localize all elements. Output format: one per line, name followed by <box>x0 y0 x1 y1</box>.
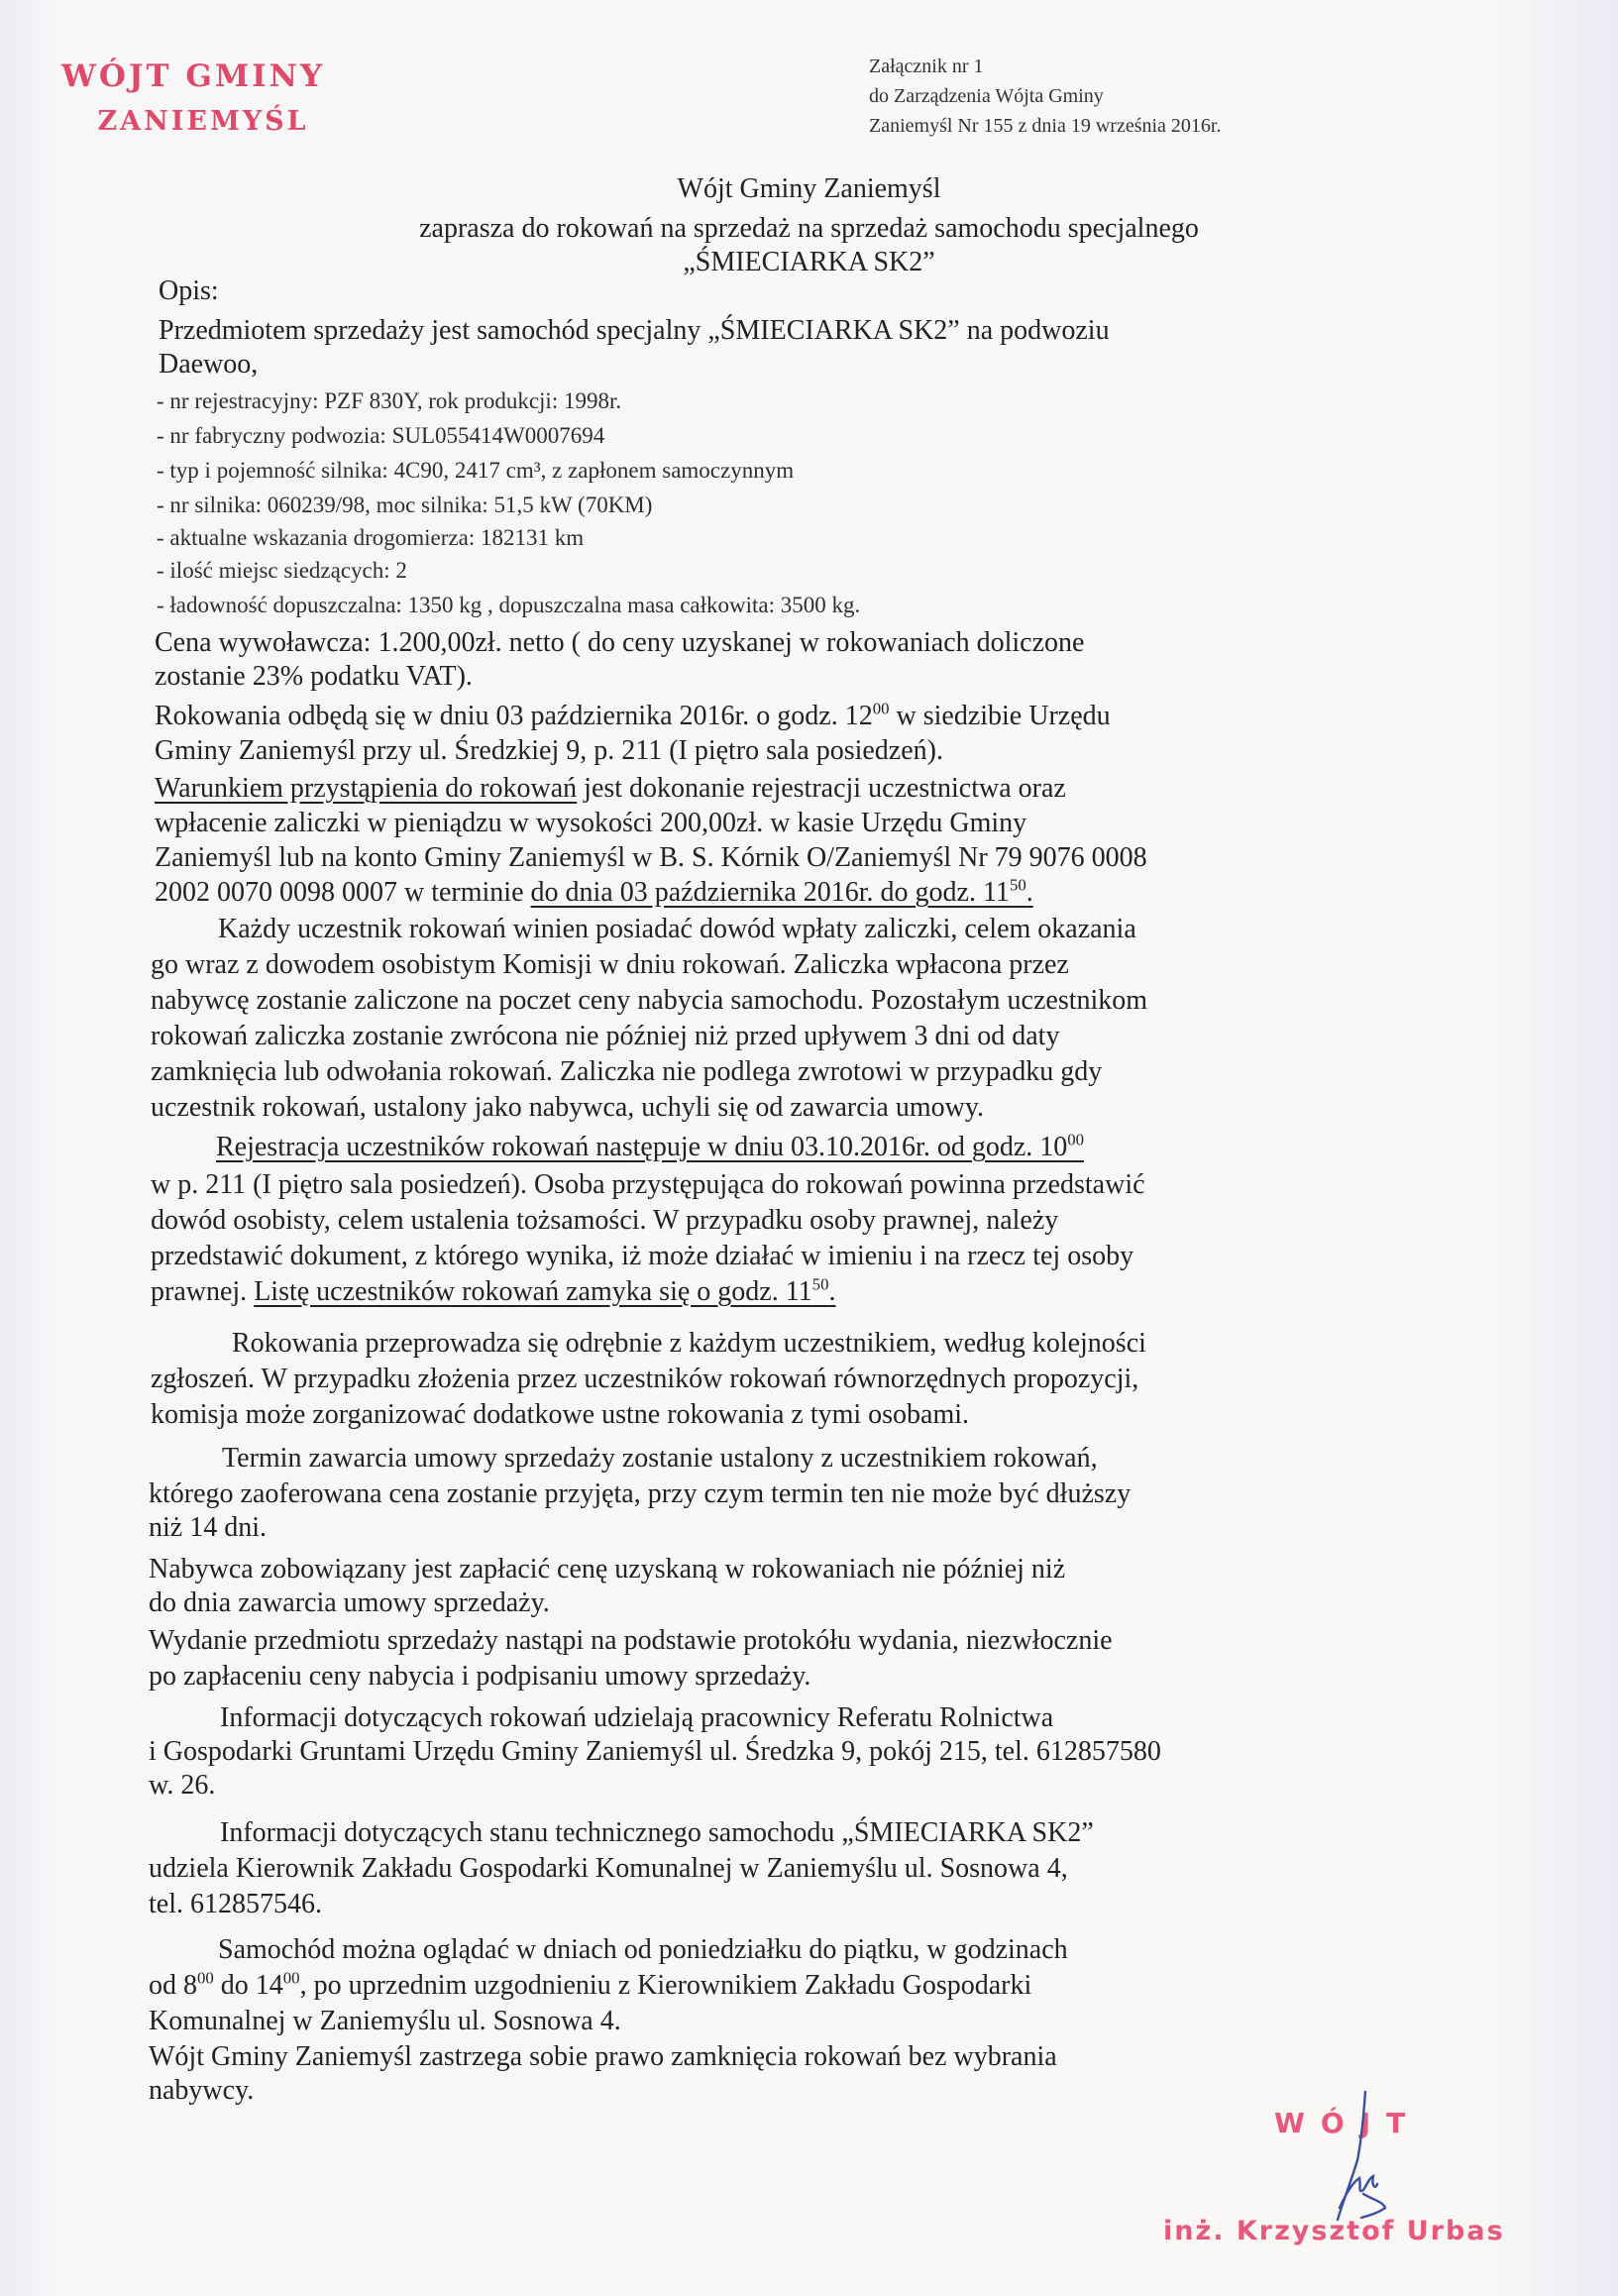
description-intro-2: Daewoo, <box>159 349 258 381</box>
document-page: WÓJT GMINY ZANIEMYŚL Załącznik nr 1 do Z… <box>0 0 1618 2296</box>
viewing-line-1: Samochód można oglądać w dniach od ponie… <box>218 1934 1068 1966</box>
spec-item: - ładowność dopuszczalna: 1350 kg , dopu… <box>157 593 860 618</box>
spec-item: - typ i pojemność silnika: 4C90, 2417 cm… <box>157 458 794 484</box>
info-line: Informacji dotyczących rokowań udzielają… <box>220 1702 1053 1734</box>
viewing-text: do 14 <box>214 1970 283 2001</box>
deposit-line: nabywcę zostanie zaliczone na poczet cen… <box>151 985 1147 1017</box>
tech-info-line: udziela Kierownik Zakładu Gospodarki Kom… <box>149 1853 1068 1885</box>
price-line-2: zostanie 23% podatku VAT). <box>155 661 473 693</box>
time-superscript: 50 <box>812 1275 829 1294</box>
title-invitation: zaprasza do rokowań na sprzedaż na sprze… <box>0 210 1618 248</box>
registration-line-1: Rejestracja uczestników rokowań następuj… <box>216 1132 1084 1163</box>
conduct-line: zgłoszeń. W przypadku złożenia przez ucz… <box>151 1364 1138 1395</box>
deposit-line: zamknięcia lub odwołania rokowań. Zalicz… <box>151 1056 1102 1088</box>
spec-item: - nr rejestracyjny: PZF 830Y, rok produk… <box>157 388 621 414</box>
deadline-text: do dnia 03 października 2016r. do godz. … <box>531 877 1010 908</box>
deposit-line: rokowań zaliczka zostanie zwrócona nie p… <box>151 1021 1059 1052</box>
info-line: w. 26. <box>149 1770 215 1802</box>
handover-line: Wydanie przedmiotu sprzedaży nastąpi na … <box>149 1625 1113 1657</box>
negotiation-line-2: Gminy Zaniemyśl przy ul. Średzkiej 9, p.… <box>155 735 943 767</box>
time-superscript: 00 <box>283 1969 300 1988</box>
condition-line-4: 2002 0070 0098 0007 w terminie do dnia 0… <box>155 877 1033 909</box>
reservation-line-2: nabywcy. <box>149 2075 254 2107</box>
list-close-underlined: Listę uczestników rokowań zamyka się o g… <box>254 1276 835 1307</box>
tech-info-line: tel. 612857546. <box>149 1889 322 1920</box>
tech-info-line: Informacji dotyczących stanu techniczneg… <box>220 1817 1094 1849</box>
description-heading: Opis: <box>159 275 219 307</box>
spec-item: - ilość miejsc siedzących: 2 <box>157 558 407 584</box>
time-superscript: 00 <box>197 1969 214 1988</box>
registration-line: w p. 211 (I piętro sala posiedzeń). Osob… <box>151 1169 1145 1201</box>
viewing-text: od 8 <box>149 1970 197 2001</box>
registration-line: przedstawić dokument, z którego wynika, … <box>151 1241 1133 1272</box>
buyer-line: do dnia zawarcia umowy sprzedaży. <box>149 1587 550 1619</box>
registration-line-last: prawnej. Listę uczestników rokowań zamyk… <box>151 1276 835 1308</box>
handover-line: po zapłaceniu ceny nabycia i podpisaniu … <box>149 1661 810 1693</box>
registration-text: prawnej. <box>151 1276 254 1307</box>
deposit-line: uczestnik rokowań, ustalony jako nabywca… <box>151 1092 984 1124</box>
registration-text: Rejestracja uczestników rokowań następuj… <box>216 1132 1067 1162</box>
list-close-end: . <box>828 1276 835 1307</box>
price-line-1: Cena wywoławcza: 1.200,00zł. netto ( do … <box>155 627 1084 659</box>
registration-underlined: Rejestracja uczestników rokowań następuj… <box>216 1132 1084 1162</box>
negotiation-text: Rokowania odbędą się w dniu 03 październ… <box>155 701 873 731</box>
account-number-tail: 2002 0070 0098 0007 w terminie <box>155 877 531 908</box>
condition-line-3: Zaniemyśl lub na konto Gminy Zaniemyśl w… <box>155 842 1147 874</box>
condition-underlined: Warunkiem przystąpienia do rokowań <box>155 773 577 804</box>
signature-stamp-name: inż. Krzysztof Urbas <box>1163 2216 1505 2246</box>
viewing-line-2: od 800 do 1400, po uprzednim uzgodnieniu… <box>149 1970 1031 2002</box>
title-issuer: Wójt Gminy Zaniemyśl <box>0 170 1618 208</box>
deadline-end: . <box>1026 877 1033 908</box>
conduct-line: Rokowania przeprowadza się odrębnie z ka… <box>232 1328 1146 1360</box>
annex-line-3: Zaniemyśl Nr 155 z dnia 19 września 2016… <box>869 111 1221 141</box>
time-superscript: 00 <box>873 700 890 718</box>
conduct-line: komisja może zorganizować dodatkowe ustn… <box>151 1399 969 1431</box>
title-vehicle: „ŚMIECIARKA SK2” <box>0 244 1618 281</box>
negotiation-text: w siedzibie Urzędu <box>890 701 1111 731</box>
deadline-underlined: do dnia 03 października 2016r. do godz. … <box>531 877 1033 908</box>
annex-reference: Załącznik nr 1 do Zarządzenia Wójta Gmin… <box>869 52 1221 141</box>
spec-item: - nr silnika: 060239/98, moc silnika: 51… <box>157 492 652 518</box>
deposit-line: go wraz z dowodem osobistym Komisji w dn… <box>151 949 1069 981</box>
deposit-line: Każdy uczestnik rokowań winien posiadać … <box>218 914 1136 945</box>
description-intro-1: Przedmiotem sprzedaży jest samochód spec… <box>159 315 1336 347</box>
annex-line-2: do Zarządzenia Wójta Gminy <box>869 81 1221 111</box>
registration-line: dowód osobisty, celem ustalenia tożsamoś… <box>151 1205 1058 1237</box>
negotiation-line-1: Rokowania odbędą się w dniu 03 październ… <box>155 701 1111 732</box>
condition-line-2: wpłacenie zaliczki w pieniądzu w wysokoś… <box>155 808 1026 839</box>
office-stamp: WÓJT GMINY ZANIEMYŚL <box>61 54 325 145</box>
term-line: Termin zawarcia umowy sprzedaży zostanie… <box>222 1443 1098 1475</box>
buyer-line: Nabywca zobowiązany jest zapłacić cenę u… <box>149 1554 1065 1585</box>
term-line: niż 14 dni. <box>149 1512 267 1544</box>
time-superscript: 50 <box>1010 876 1026 895</box>
condition-text: jest dokonanie rejestracji uczestnictwa … <box>577 773 1066 804</box>
viewing-line-3: Komunalnej w Zaniemyślu ul. Sosnowa 4. <box>149 2006 621 2037</box>
reservation-line-1: Wójt Gminy Zaniemyśl zastrzega sobie pra… <box>149 2041 1057 2073</box>
stamp-line-2: ZANIEMYŚL <box>81 99 325 145</box>
spec-item: - aktualne wskazania drogomierza: 182131… <box>157 525 584 551</box>
list-close-text: Listę uczestników rokowań zamyka się o g… <box>254 1276 811 1307</box>
viewing-text: , po uprzednim uzgodnieniu z Kierownikie… <box>300 1970 1032 2001</box>
term-line: którego zaoferowana cena zostanie przyję… <box>149 1478 1131 1510</box>
annex-line-1: Załącznik nr 1 <box>869 52 1221 81</box>
stamp-line-1: WÓJT GMINY <box>61 54 325 99</box>
time-superscript: 00 <box>1067 1131 1084 1149</box>
spec-item: - nr fabryczny podwozia: SUL055414W00076… <box>157 423 604 449</box>
condition-line-1: Warunkiem przystąpienia do rokowań jest … <box>155 773 1066 805</box>
info-line: i Gospodarki Gruntami Urzędu Gminy Zanie… <box>149 1736 1161 1768</box>
